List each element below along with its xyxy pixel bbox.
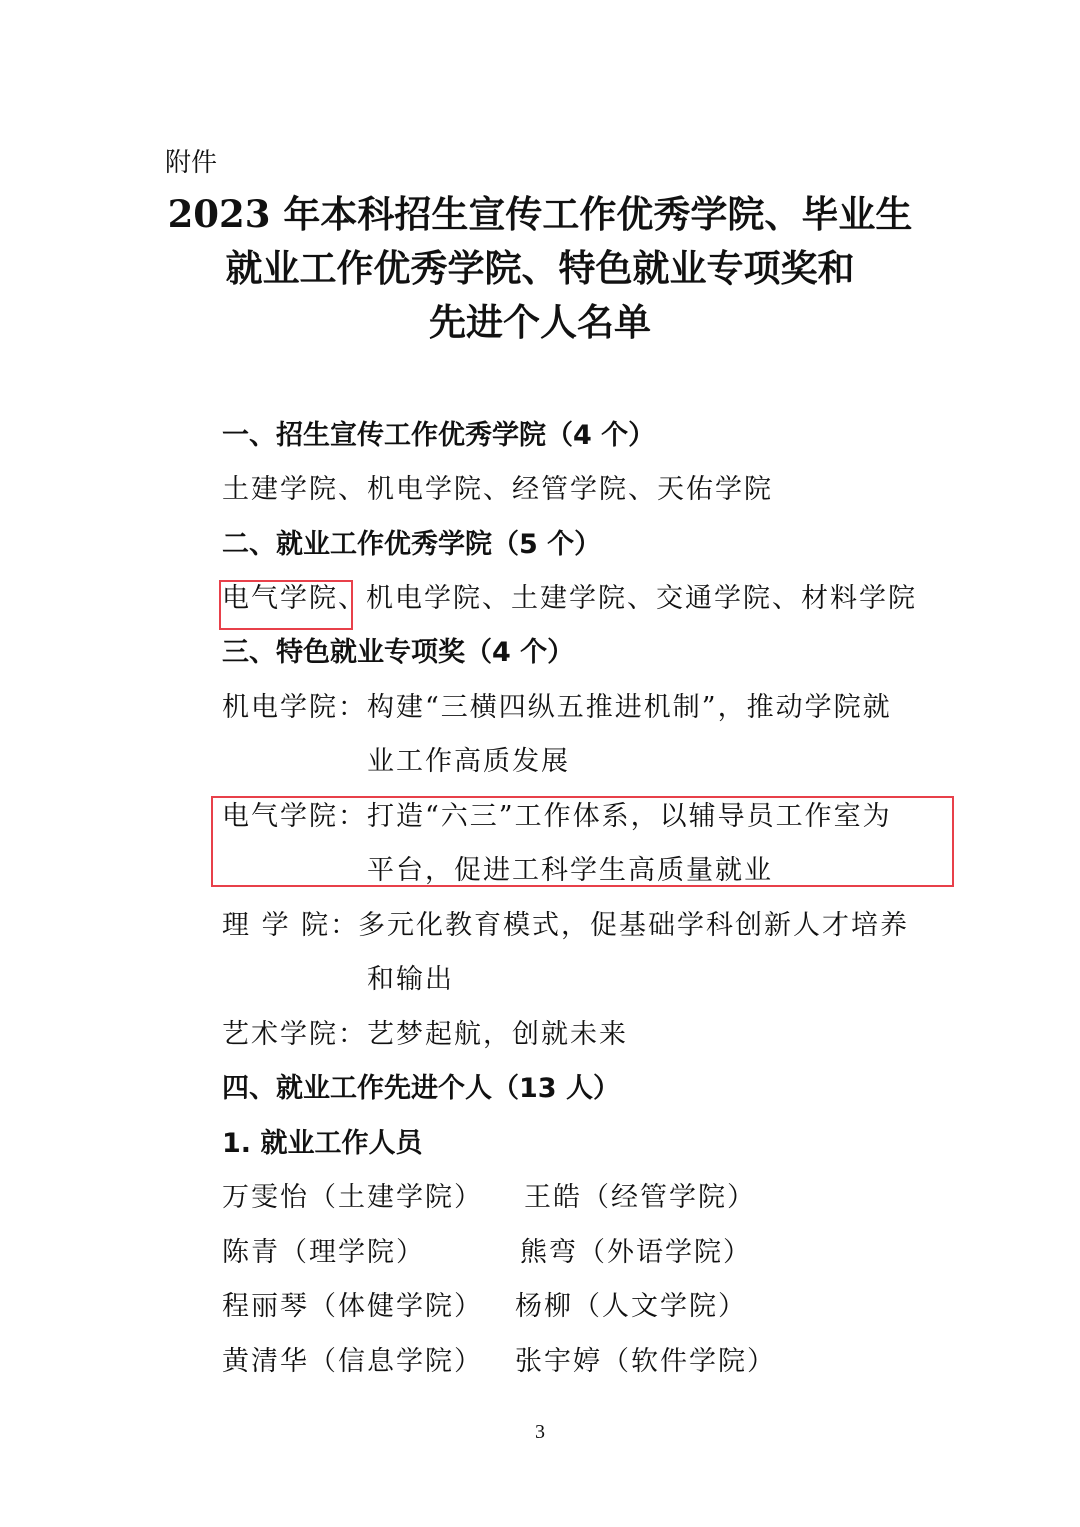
section-4-subheading: 1. 就业工作人员 (222, 1127, 422, 1161)
section-1-heading: 一、招生宣传工作优秀学院（4 个） (222, 419, 655, 453)
person-2: 王皓（经管学院） (524, 1181, 756, 1215)
highlight-box-1 (219, 580, 353, 630)
section-3-heading: 三、特色就业专项奖（4 个） (222, 636, 574, 670)
title-line-3: 先进个人名单 (0, 300, 1080, 344)
title-line-2: 就业工作优秀学院、特色就业专项奖和 (0, 246, 1080, 290)
person-7: 黄清华（信息学院） (222, 1345, 483, 1379)
attachment-label: 附件 (165, 146, 217, 180)
award-3-college: 理 学 院： (222, 909, 359, 943)
title-line-1: 2023 年本科招生宣传工作优秀学院、毕业生 (0, 192, 1080, 236)
award-3-line-1: 多元化教育模式，促基础学科创新人才培养 (358, 909, 909, 943)
section-2-heading: 二、就业工作优秀学院（5 个） (222, 528, 601, 562)
person-5: 程丽琴（体健学院） (222, 1290, 483, 1324)
award-1-line-2: 业工作高质发展 (367, 745, 570, 779)
award-1-line-1: 构建“三横四纵五推进机制”，推动学院就 (367, 691, 892, 725)
person-6: 杨柳（人文学院） (515, 1290, 747, 1324)
highlight-box-2 (211, 796, 954, 887)
person-3: 陈青（理学院） (222, 1236, 425, 1270)
page-number: 3 (0, 1420, 1080, 1444)
person-4: 熊弯（外语学院） (520, 1236, 752, 1270)
award-3-line-2: 和输出 (367, 963, 454, 997)
award-4-line-1: 艺梦起航，创就未来 (367, 1018, 628, 1052)
section-1-content: 土建学院、机电学院、经管学院、天佑学院 (222, 473, 773, 507)
award-1-college: 机电学院： (222, 691, 367, 725)
person-1: 万雯怡（土建学院） (222, 1181, 483, 1215)
person-8: 张宇婷（软件学院） (515, 1345, 776, 1379)
award-4-college: 艺术学院： (222, 1018, 367, 1052)
section-4-heading: 四、就业工作先进个人（13 人） (222, 1072, 620, 1106)
section-2-content: 机电学院、土建学院、交通学院、材料学院 (366, 582, 917, 616)
